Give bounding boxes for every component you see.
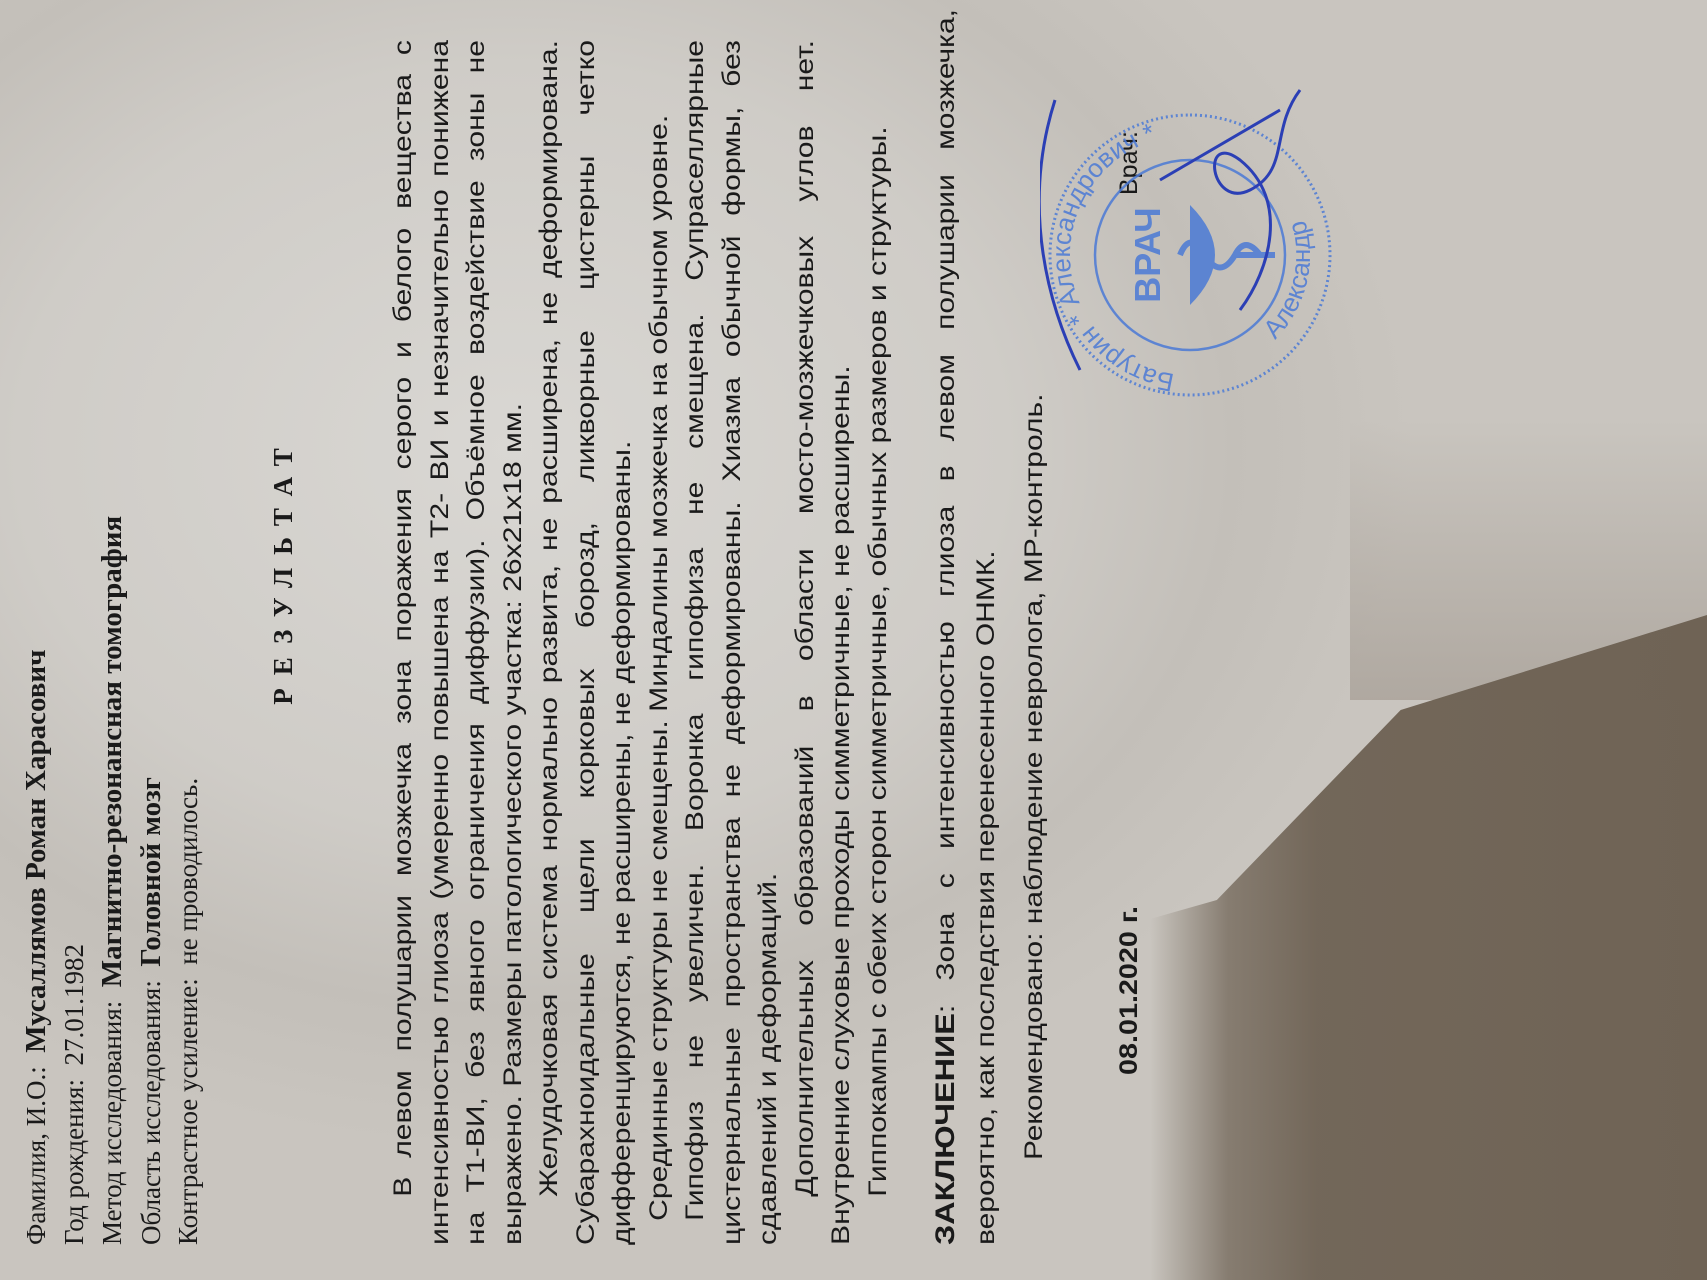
method-label: Метод исследования: bbox=[97, 1001, 127, 1245]
caduceus-bowl-icon bbox=[1180, 205, 1275, 305]
contrast-line: Контрастное усиление: не проводилось. bbox=[175, 778, 202, 1245]
finding-pituitary: Гипофиз не увеличен. Воронка гипофиза не… bbox=[677, 40, 787, 1245]
conclusion: ЗАКЛЮЧЕНИЕ: Зона с интенсивностью глиоза… bbox=[925, 9, 1006, 1245]
stamp-center-text: ВРАЧ bbox=[1127, 207, 1168, 302]
area-label: Область исследования: bbox=[136, 980, 166, 1245]
finding-midline: Срединные структуры не смещены. Миндалин… bbox=[641, 40, 678, 1245]
patient-name-label: Фамилия, И.О.: bbox=[21, 1066, 51, 1245]
finding-ventricles: Желудочковая система нормально развита, … bbox=[531, 40, 641, 1245]
report-date: 08.01.2020 г. bbox=[1115, 906, 1144, 1075]
finding-cerebellum: В левом полушарии мозжечка зона поражени… bbox=[385, 40, 531, 1245]
mri-report-page: Фамилия, И.О.: Мусаллямов Роман Харасови… bbox=[0, 0, 1707, 1280]
birth-date-label: Год рождения: bbox=[59, 1079, 89, 1245]
patient-name-line: Фамилия, И.О.: Мусаллямов Роман Харасови… bbox=[22, 650, 51, 1245]
result-body: В левом полушарии мозжечка зона поражени… bbox=[385, 40, 896, 1245]
contrast-label: Контрастное усиление: bbox=[173, 978, 203, 1245]
doctor-stamp: Батурин * Александрович * Александр ВРАЧ bbox=[1040, 80, 1340, 430]
finding-hippocampi: Гиппокампы с обеих сторон симметричные, … bbox=[860, 40, 897, 1245]
conclusion-label: ЗАКЛЮЧЕНИЕ bbox=[930, 1013, 960, 1245]
area-line: Область исследования: Головной мозг bbox=[137, 777, 166, 1245]
method-line: Метод исследования: Магнитно-резонансная… bbox=[98, 516, 127, 1245]
birth-date-value: 27.01.1982 bbox=[59, 944, 89, 1066]
patient-name-value: Мусаллямов Роман Харасович bbox=[20, 650, 52, 1053]
method-value: Магнитно-резонансная томография bbox=[96, 516, 128, 987]
recommendation: Рекомендовано: наблюдение невролога, МР-… bbox=[1020, 394, 1049, 1160]
birth-date-line: Год рождения: 27.01.1982 bbox=[61, 944, 88, 1245]
contrast-value: не проводилось. bbox=[173, 778, 203, 965]
result-title: РЕЗУЛЬТАТ bbox=[268, 0, 299, 1280]
area-value: Головной мозг bbox=[135, 777, 167, 967]
stamp-ring-text-bottom: Александр bbox=[1257, 218, 1316, 344]
finding-cpa: Дополнительных образований в области мос… bbox=[787, 40, 860, 1245]
